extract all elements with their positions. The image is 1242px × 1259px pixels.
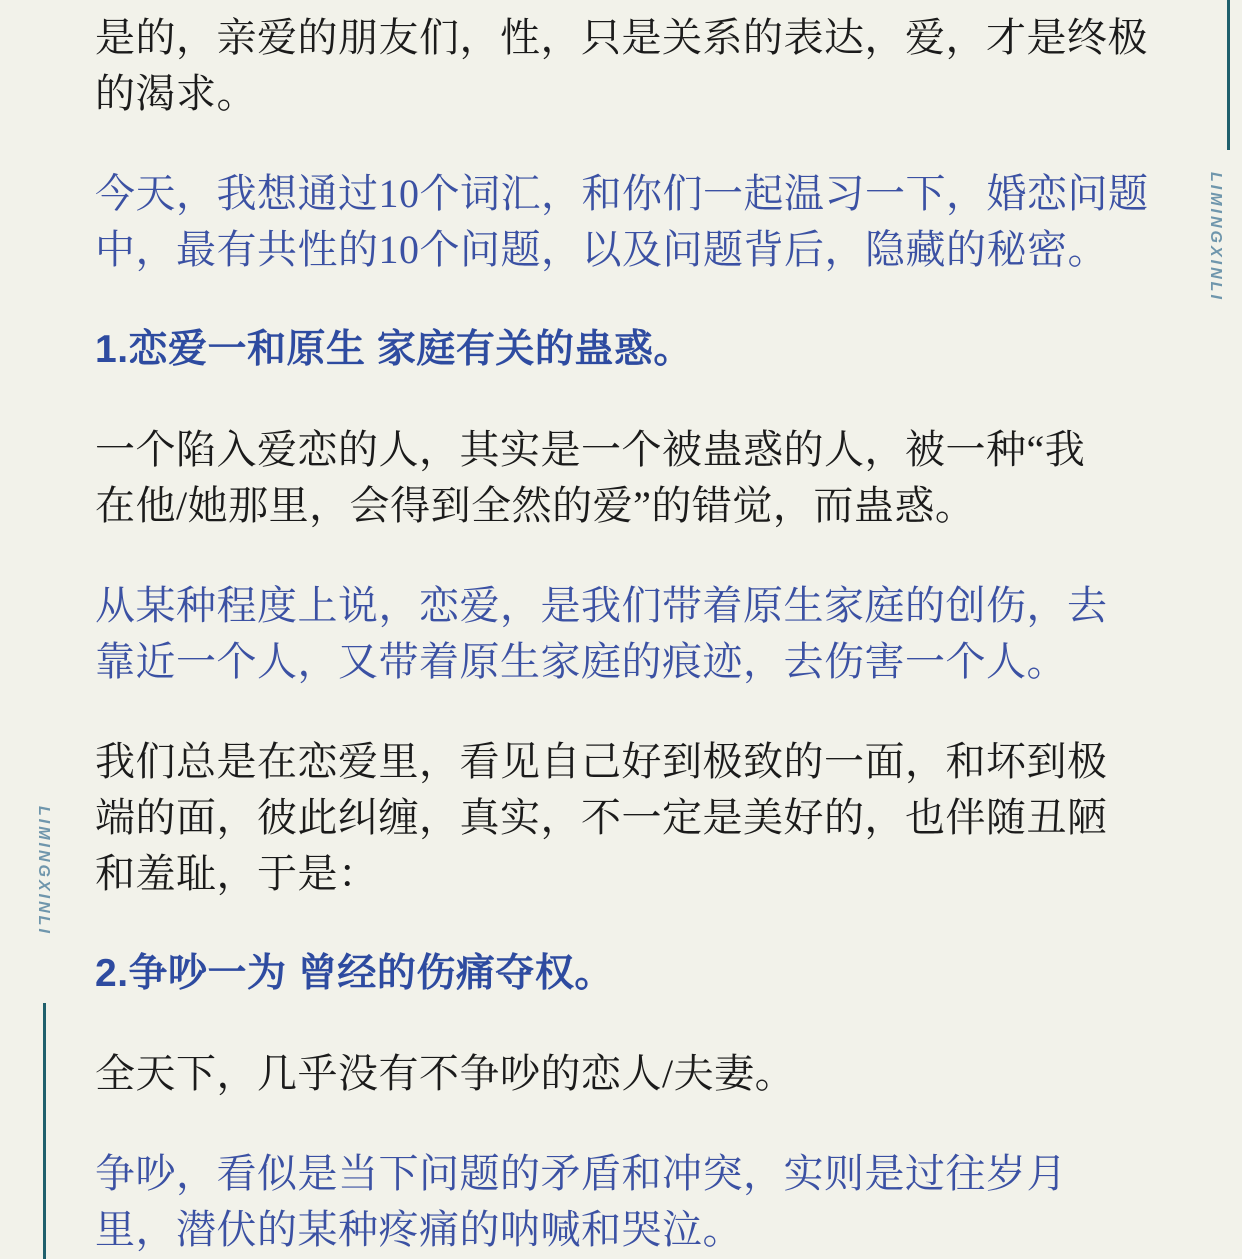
text-line: 在他/她那里，会得到全然的爱”的错觉，而蛊惑。 [95,478,1154,534]
text-line: 靠近一个人，又带着原生家庭的痕迹，去伤害一个人。 [95,634,1154,690]
paragraph-quarrel-meaning: 争吵，看似是当下问题的矛盾和冲突，实则是过往岁月 里，潜伏的某种疼痛的呐喊和哭泣… [95,1146,1154,1258]
article-page: { "page": { "background_color": "#f2f2ea… [0,0,1242,1259]
text-line: 从某种程度上说，恋爱，是我们带着原生家庭的创伤，去 [95,578,1154,634]
paragraph-love-illusion: 一个陷入爱恋的人，其实是一个被蛊惑的人，被一种“我 在他/她那里，会得到全然的爱… [95,422,1154,534]
text-line: 的渴求。 [95,66,1154,122]
section-heading-2: 2.争吵一为 曾经的伤痛夺权。 [95,946,1154,1002]
text-line: 中，最有共性的10个问题，以及问题背后，隐藏的秘密。 [95,222,1154,278]
article-body: 是的，亲爱的朋友们，性，只是关系的表达，爱，才是终极 的渴求。 今天，我想通过1… [0,0,1242,1258]
text-line: 里，潜伏的某种疼痛的呐喊和哭泣。 [95,1202,1154,1258]
text-line: 全天下，几乎没有不争吵的恋人/夫妻。 [95,1046,1154,1102]
section-heading-1: 1.恋爱一和原生 家庭有关的蛊惑。 [95,322,1154,378]
text-line: 和羞耻，于是： [95,846,1154,902]
text-line: 今天，我想通过10个词汇，和你们一起温习一下，婚恋问题 [95,166,1154,222]
text-line: 我们总是在恋爱里，看见自己好到极致的一面，和坏到极 [95,734,1154,790]
text-line: 争吵，看似是当下问题的矛盾和冲突，实则是过往岁月 [95,1146,1154,1202]
paragraph-quarrel-universal: 全天下，几乎没有不争吵的恋人/夫妻。 [95,1046,1154,1102]
text-line: 端的面，彼此纠缠，真实，不一定是美好的，也伴随丑陋 [95,790,1154,846]
text-line: 一个陷入爱恋的人，其实是一个被蛊惑的人，被一种“我 [95,422,1154,478]
paragraph-topic: 今天，我想通过10个词汇，和你们一起温习一下，婚恋问题 中，最有共性的10个问题… [95,166,1154,278]
paragraph-family-wound: 从某种程度上说，恋爱，是我们带着原生家庭的创伤，去 靠近一个人，又带着原生家庭的… [95,578,1154,690]
text-line: 是的，亲爱的朋友们，性，只是关系的表达，爱，才是终极 [95,10,1154,66]
paragraph-intro: 是的，亲爱的朋友们，性，只是关系的表达，爱，才是终极 的渴求。 [95,10,1154,122]
paragraph-entangle: 我们总是在恋爱里，看见自己好到极致的一面，和坏到极 端的面，彼此纠缠，真实，不一… [95,734,1154,902]
heading-line: 1.恋爱一和原生 家庭有关的蛊惑。 [95,322,1154,378]
heading-line: 2.争吵一为 曾经的伤痛夺权。 [95,946,1154,1002]
